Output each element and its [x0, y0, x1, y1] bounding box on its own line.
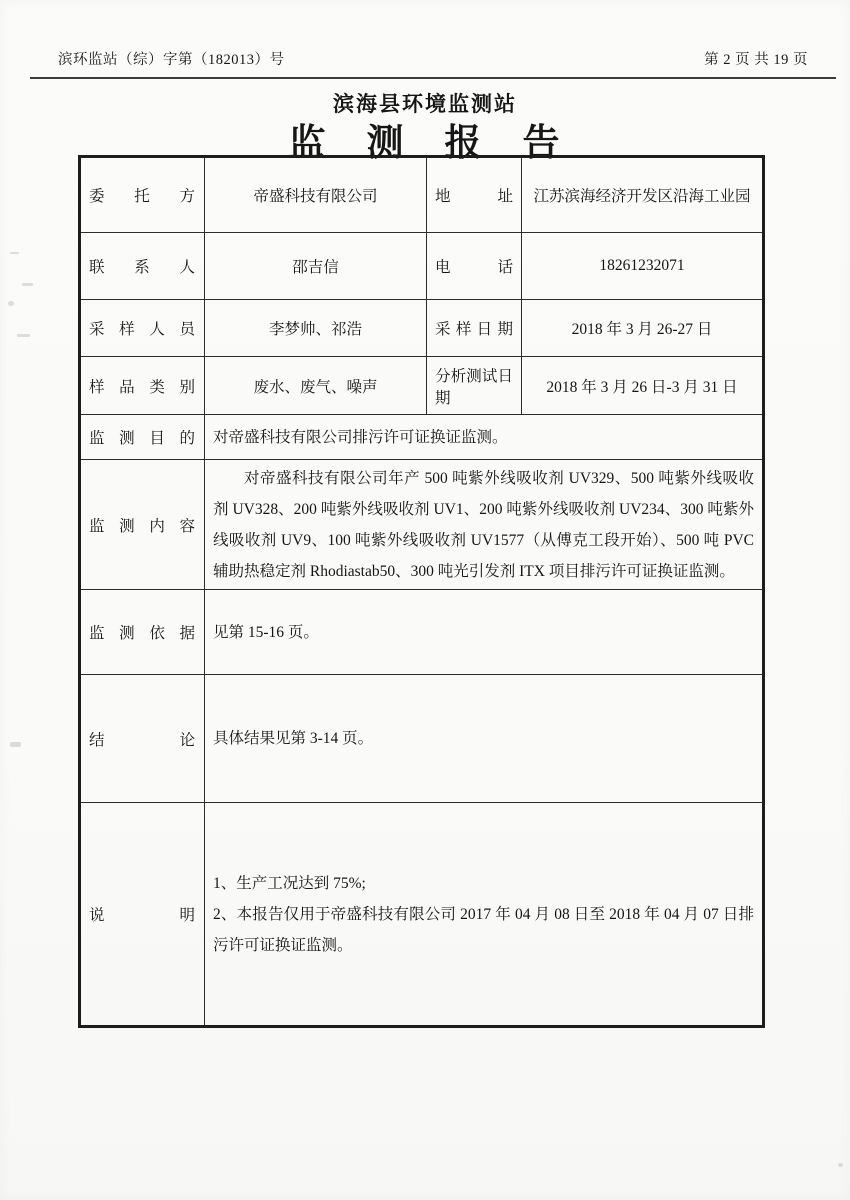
conclusion-row: 结 论 具体结果见第 3-14 页。 [80, 675, 764, 803]
page-number: 第 2 页 共 19 页 [704, 48, 808, 69]
monitoring-purpose-text: 对帝盛科技有限公司排污许可证换证监测。 [213, 422, 754, 453]
monitoring-content-label: 监 测 内 容 [80, 460, 205, 590]
address-value: 江苏滨海经济开发区沿海工业园 [522, 157, 764, 233]
phone-value: 18261232071 [522, 233, 764, 300]
conclusion-text: 具体结果见第 3-14 页。 [213, 723, 754, 754]
analysis-date-label: 分析测试日期 [427, 357, 522, 415]
notes-label: 说 明 [80, 803, 205, 1027]
phone-label: 电 话 [427, 233, 522, 300]
notes-line-1: 1、生产工况达到 75%; [213, 868, 754, 899]
scan-artifact [10, 742, 21, 747]
address-label: 地 址 [427, 157, 522, 233]
sampling-personnel-row: 采 样 人 员 李梦帅、祁浩 采样日期 2018 年 3 月 26-27 日 [80, 300, 764, 357]
monitoring-purpose-label: 监 测 目 的 [80, 415, 205, 460]
conclusion-label: 结 论 [80, 675, 205, 803]
monitoring-purpose-row: 监 测 目 的 对帝盛科技有限公司排污许可证换证监测。 [80, 415, 764, 460]
monitoring-purpose-content: 对帝盛科技有限公司排污许可证换证监测。 [205, 415, 764, 460]
doc-number: 滨环监站（综）字第（182013）号 [58, 48, 285, 69]
monitoring-basis-label: 监 测 依 据 [80, 590, 205, 675]
sampling-date-value: 2018 年 3 月 26-27 日 [522, 300, 764, 357]
sample-category-label: 样 品 类 别 [80, 357, 205, 415]
contact-value: 邵吉信 [205, 233, 427, 300]
page-header: 滨环监站（综）字第（182013）号 第 2 页 共 19 页 [30, 48, 836, 79]
monitoring-basis-text: 见第 15-16 页。 [213, 617, 754, 648]
notes-content: 1、生产工况达到 75%; 2、本报告仅用于帝盛科技有限公司 2017 年 04… [205, 803, 764, 1027]
sampling-personnel-value: 李梦帅、祁浩 [205, 300, 427, 357]
sample-category-row: 样 品 类 别 废水、废气、噪声 分析测试日期 2018 年 3 月 26 日-… [80, 357, 764, 415]
client-value: 帝盛科技有限公司 [205, 157, 427, 233]
sample-category-value: 废水、废气、噪声 [205, 357, 427, 415]
analysis-date-value: 2018 年 3 月 26 日-3 月 31 日 [522, 357, 764, 415]
sampling-date-label: 采样日期 [427, 300, 522, 357]
scan-artifact [838, 1163, 843, 1167]
sampling-personnel-label: 采 样 人 员 [80, 300, 205, 357]
client-label: 委 托 方 [80, 157, 205, 233]
scan-artifact [10, 252, 19, 254]
client-row: 委 托 方 帝盛科技有限公司 地 址 江苏滨海经济开发区沿海工业园 [80, 157, 764, 233]
scan-artifact [17, 334, 30, 337]
monitoring-report-table: 委 托 方 帝盛科技有限公司 地 址 江苏滨海经济开发区沿海工业园 联 系 人 … [78, 155, 765, 1028]
notes-line-2: 2、本报告仅用于帝盛科技有限公司 2017 年 04 月 08 日至 2018 … [213, 899, 754, 961]
scanned-report-page: 滨环监站（综）字第（182013）号 第 2 页 共 19 页 滨海县环境监测站… [0, 0, 850, 1200]
monitoring-basis-content: 见第 15-16 页。 [205, 590, 764, 675]
monitoring-content-text: 对帝盛科技有限公司年产 500 吨紫外线吸收剂 UV329、500 吨紫外线吸收… [213, 463, 754, 587]
monitoring-content-content: 对帝盛科技有限公司年产 500 吨紫外线吸收剂 UV329、500 吨紫外线吸收… [205, 460, 764, 590]
monitoring-content-row: 监 测 内 容 对帝盛科技有限公司年产 500 吨紫外线吸收剂 UV329、50… [80, 460, 764, 590]
scan-artifact [22, 283, 33, 286]
scan-artifact [8, 301, 14, 306]
monitoring-basis-row: 监 测 依 据 见第 15-16 页。 [80, 590, 764, 675]
notes-row: 说 明 1、生产工况达到 75%; 2、本报告仅用于帝盛科技有限公司 2017 … [80, 803, 764, 1027]
conclusion-content: 具体结果见第 3-14 页。 [205, 675, 764, 803]
contact-label: 联 系 人 [80, 233, 205, 300]
contact-row: 联 系 人 邵吉信 电 话 18261232071 [80, 233, 764, 300]
